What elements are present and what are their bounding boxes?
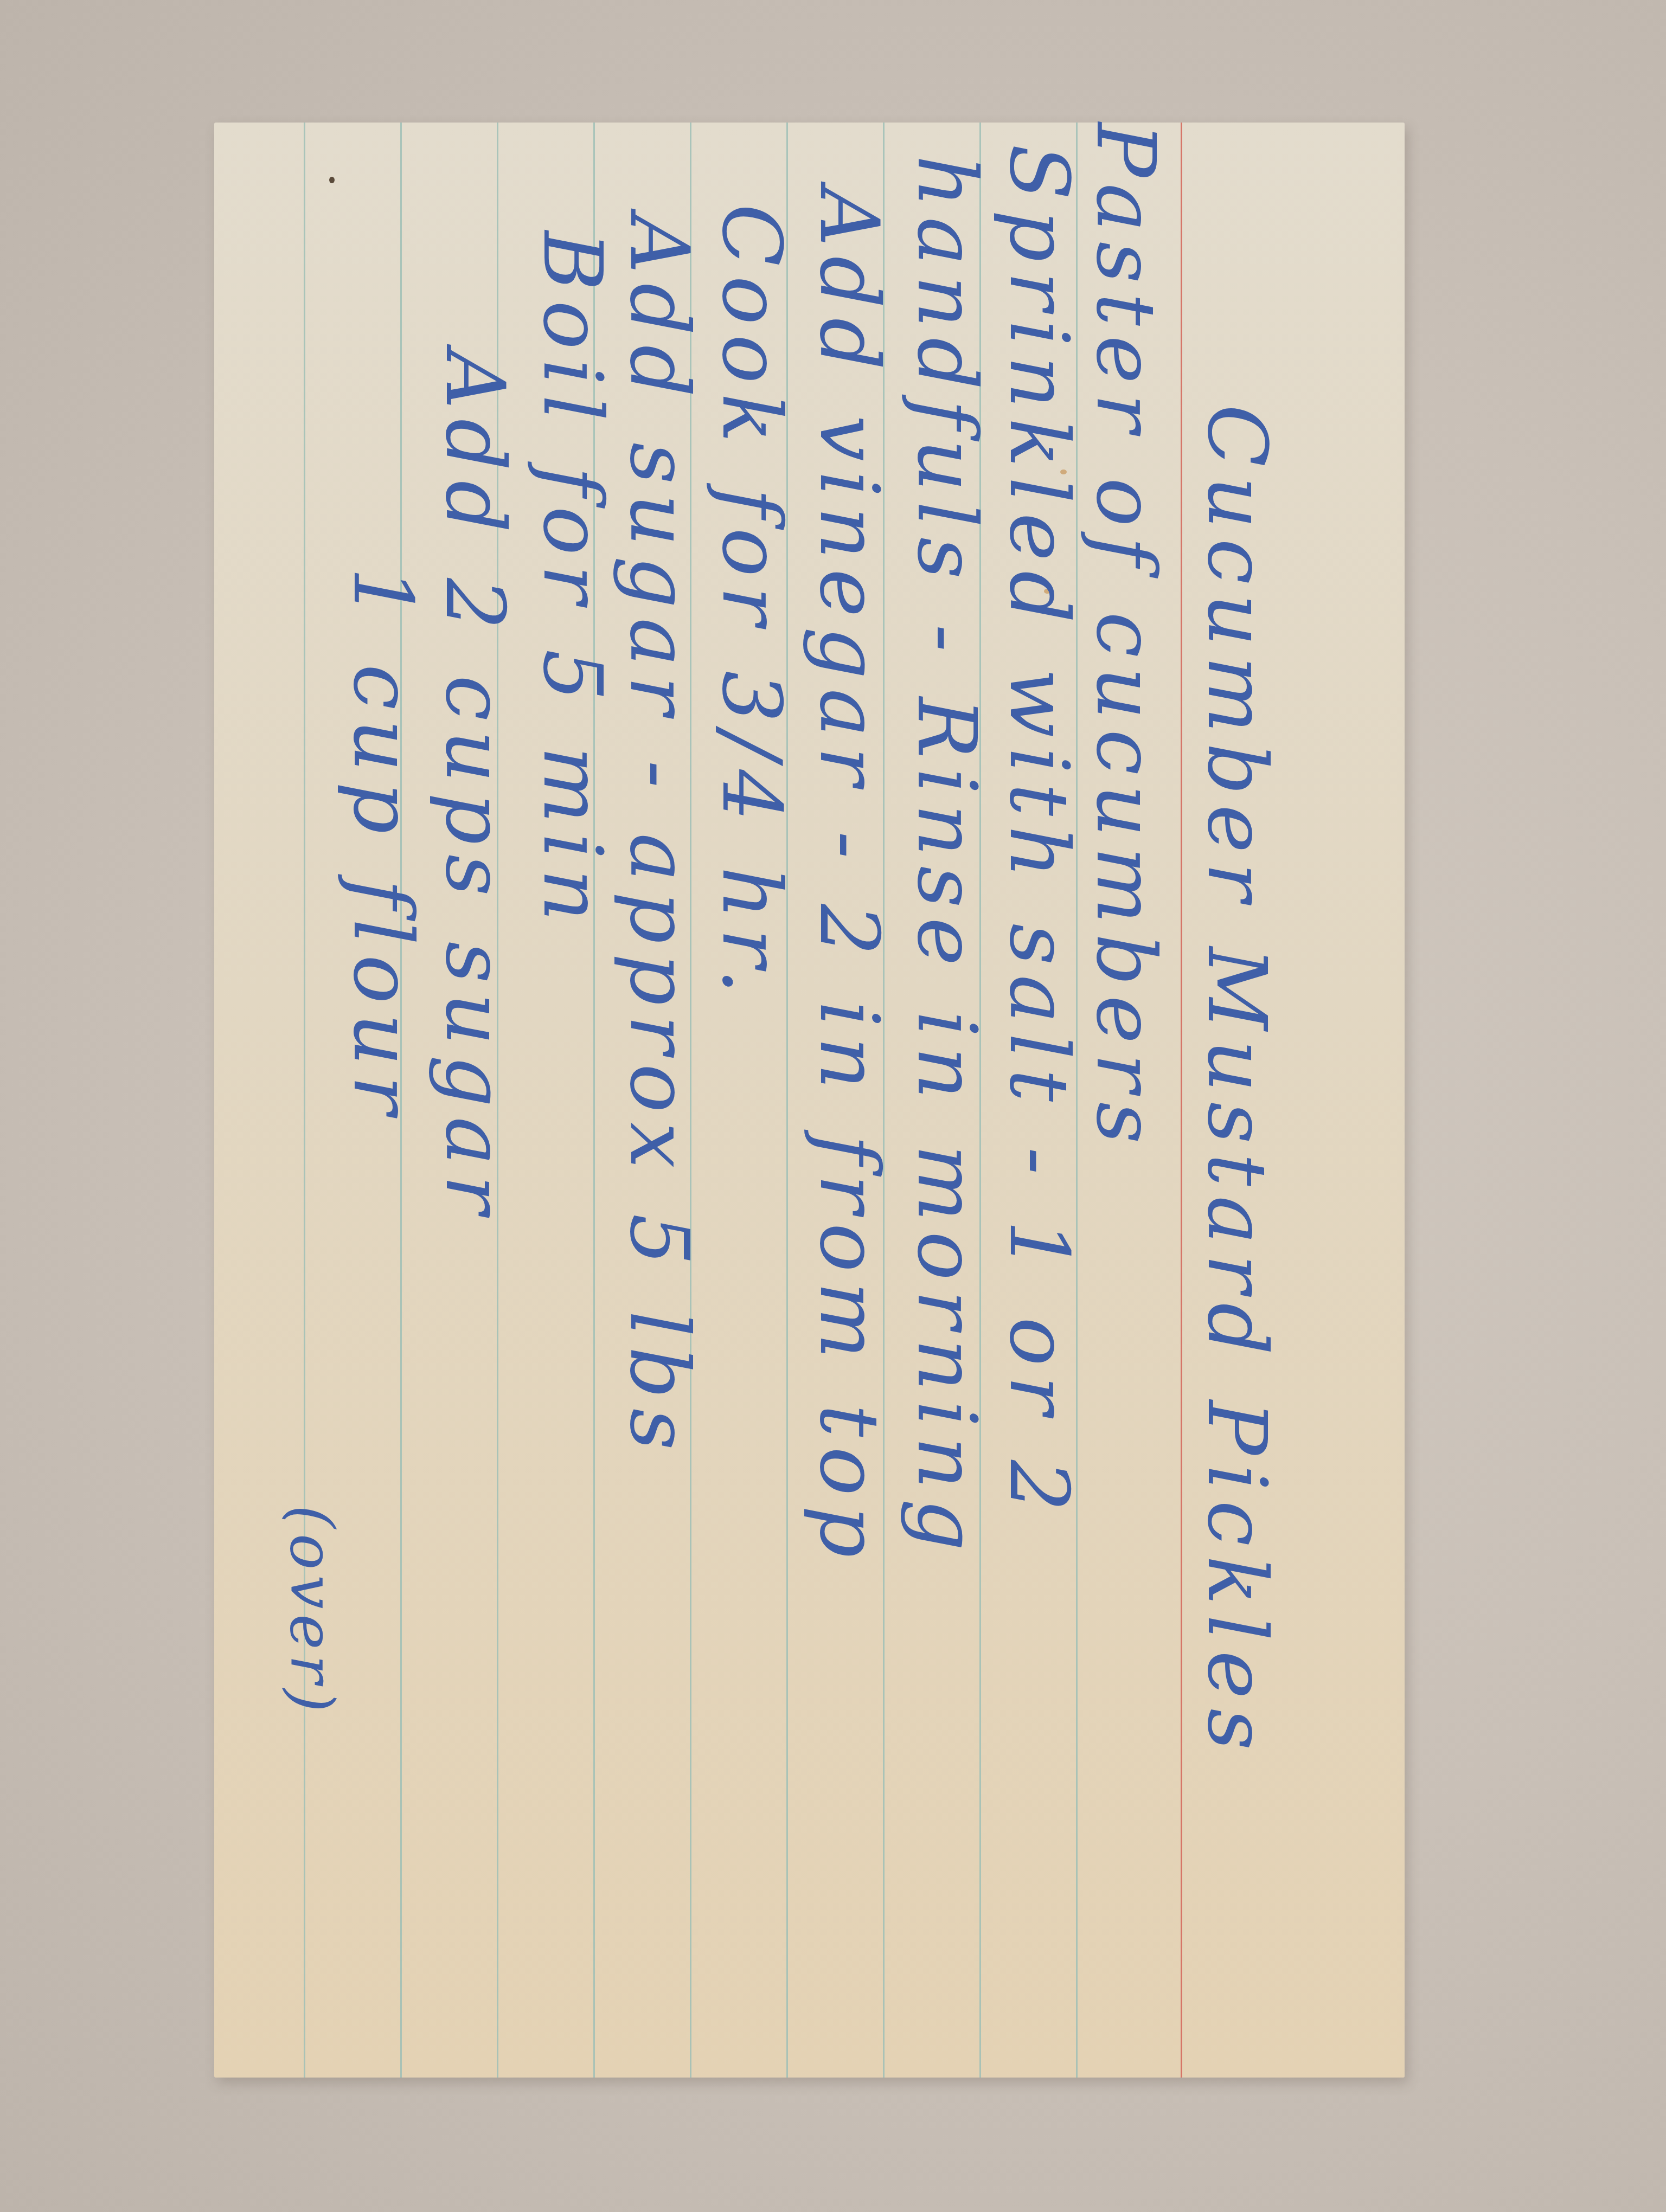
recipe-index-card: Cucumber Mustard Pickles Paster of cucum…	[214, 123, 1405, 2078]
recipe-line: Boil for 5 min	[531, 231, 613, 931]
recipe-line: Add 2 cups sugar	[434, 350, 515, 1224]
recipe-line: Add sugar - approx 5 lbs	[618, 215, 700, 1460]
over-note: (over)	[282, 1505, 342, 1718]
recipe-line: Sprinkled with salt - 1 or 2	[998, 144, 1079, 1521]
recipe-line: handfuls - Rinse in morning	[906, 155, 987, 1560]
recipe-title: Cucumber Mustard Pickles	[1196, 404, 1277, 1760]
recipe-line: Paster of cucumbers	[1085, 123, 1166, 1153]
recipe-line: Add vinegar - 2 in from top	[808, 188, 889, 1567]
recipe-line: Cook for 3/4 hr.	[710, 204, 792, 1004]
handwritten-recipe: Cucumber Mustard Pickles Paster of cucum…	[214, 123, 1405, 2078]
recipe-line: 1 cup flour	[342, 567, 423, 1124]
